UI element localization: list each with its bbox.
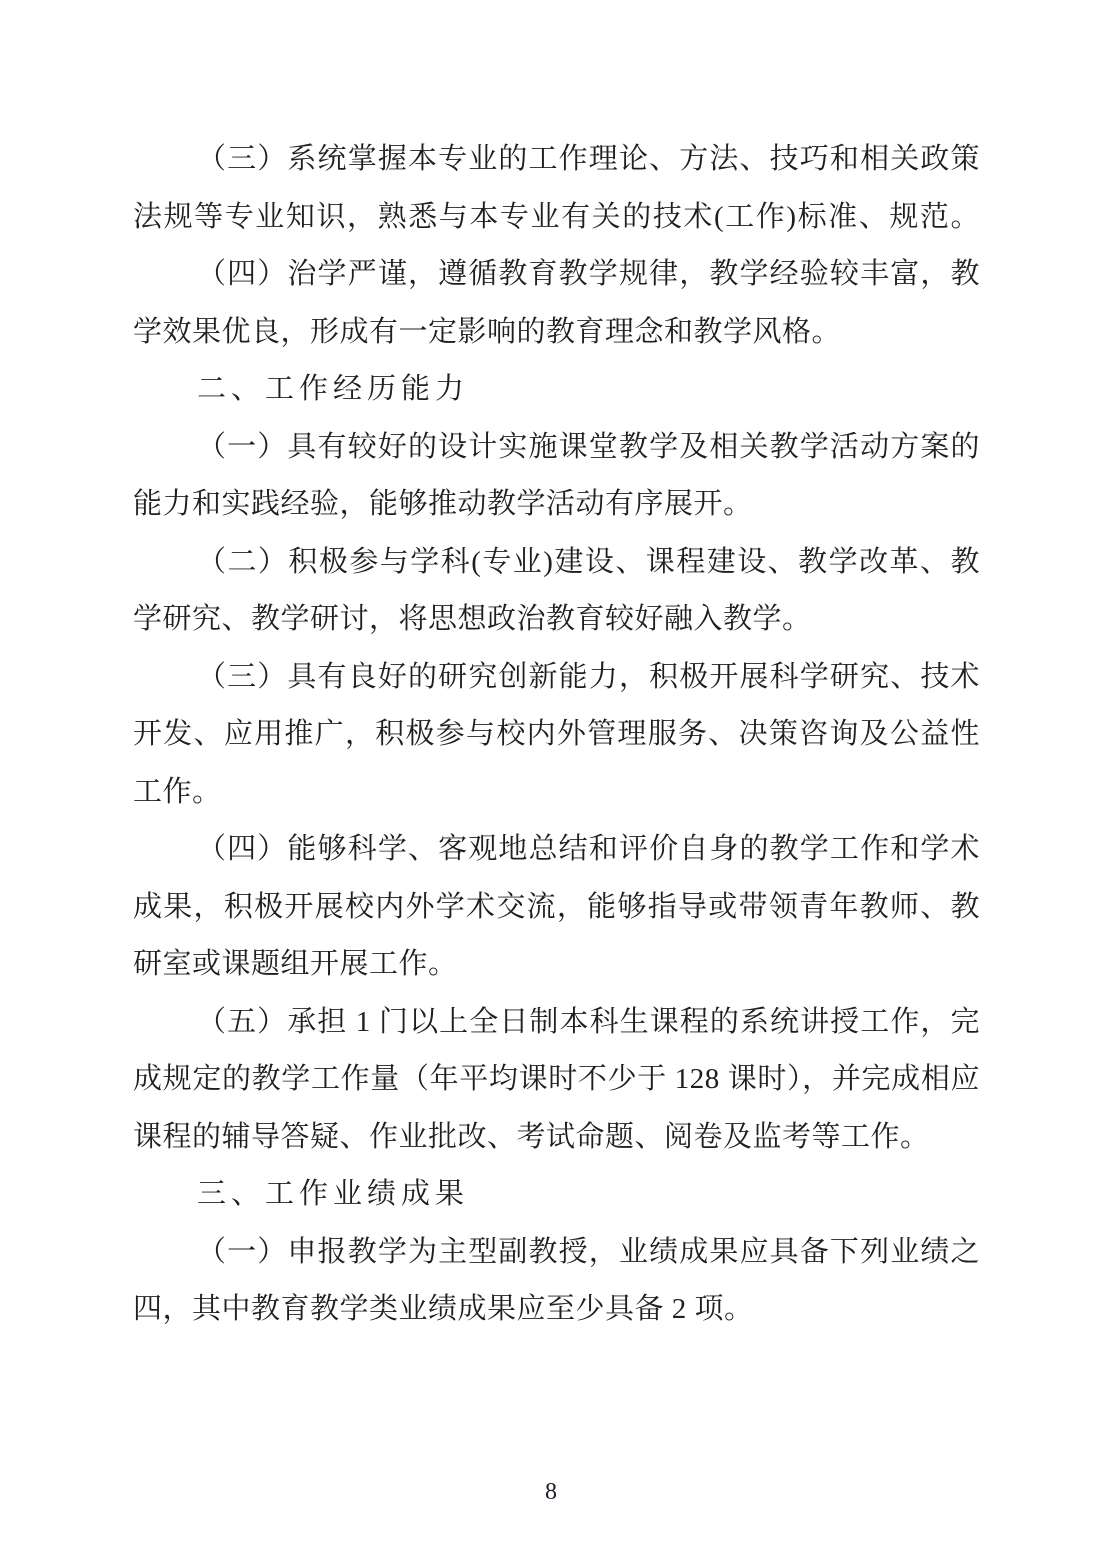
text-line: 研室或课题组开展工作。 — [133, 936, 980, 994]
text-line: 法规等专业知识，熟悉与本专业有关的技术(工作)标准、规范。 — [133, 189, 980, 247]
text-line: 课程的辅导答疑、作业批改、考试命题、阅卷及监考等工作。 — [133, 1109, 980, 1167]
text-line: （四）治学严谨，遵循教育教学规律，教学经验较丰富，教 — [133, 246, 980, 304]
page-number: 8 — [0, 1477, 1102, 1507]
document-body: （三）系统掌握本专业的工作理论、方法、技巧和相关政策 法规等专业知识，熟悉与本专… — [133, 131, 980, 1339]
text-line: 学效果优良，形成有一定影响的教育理念和教学风格。 — [133, 304, 980, 362]
section-heading: 三、工作业绩成果 — [133, 1166, 980, 1224]
text-line: （二）积极参与学科(专业)建设、课程建设、教学改革、教 — [133, 534, 980, 592]
text-line: 工作。 — [133, 764, 980, 822]
text-line: 能力和实践经验，能够推动教学活动有序展开。 — [133, 476, 980, 534]
text-line: 成果，积极开展校内外学术交流，能够指导或带领青年教师、教 — [133, 879, 980, 937]
text-line: （三）具有良好的研究创新能力，积极开展科学研究、技术 — [133, 649, 980, 707]
text-line: （三）系统掌握本专业的工作理论、方法、技巧和相关政策 — [133, 131, 980, 189]
text-line: （四）能够科学、客观地总结和评价自身的教学工作和学术 — [133, 821, 980, 879]
text-line: 成规定的教学工作量（年平均课时不少于 128 课时），并完成相应 — [133, 1051, 980, 1109]
document-page: （三）系统掌握本专业的工作理论、方法、技巧和相关政策 法规等专业知识，熟悉与本专… — [0, 0, 1102, 1559]
text-line: （五）承担 1 门以上全日制本科生课程的系统讲授工作，完 — [133, 994, 980, 1052]
text-line: 开发、应用推广，积极参与校内外管理服务、决策咨询及公益性 — [133, 706, 980, 764]
text-line: （一）具有较好的设计实施课堂教学及相关教学活动方案的 — [133, 419, 980, 477]
text-line: 学研究、教学研讨，将思想政治教育较好融入教学。 — [133, 591, 980, 649]
text-line: 四，其中教育教学类业绩成果应至少具备 2 项。 — [133, 1281, 980, 1339]
section-heading: 二、工作经历能力 — [133, 361, 980, 419]
text-line: （一）申报教学为主型副教授，业绩成果应具备下列业绩之 — [133, 1224, 980, 1282]
